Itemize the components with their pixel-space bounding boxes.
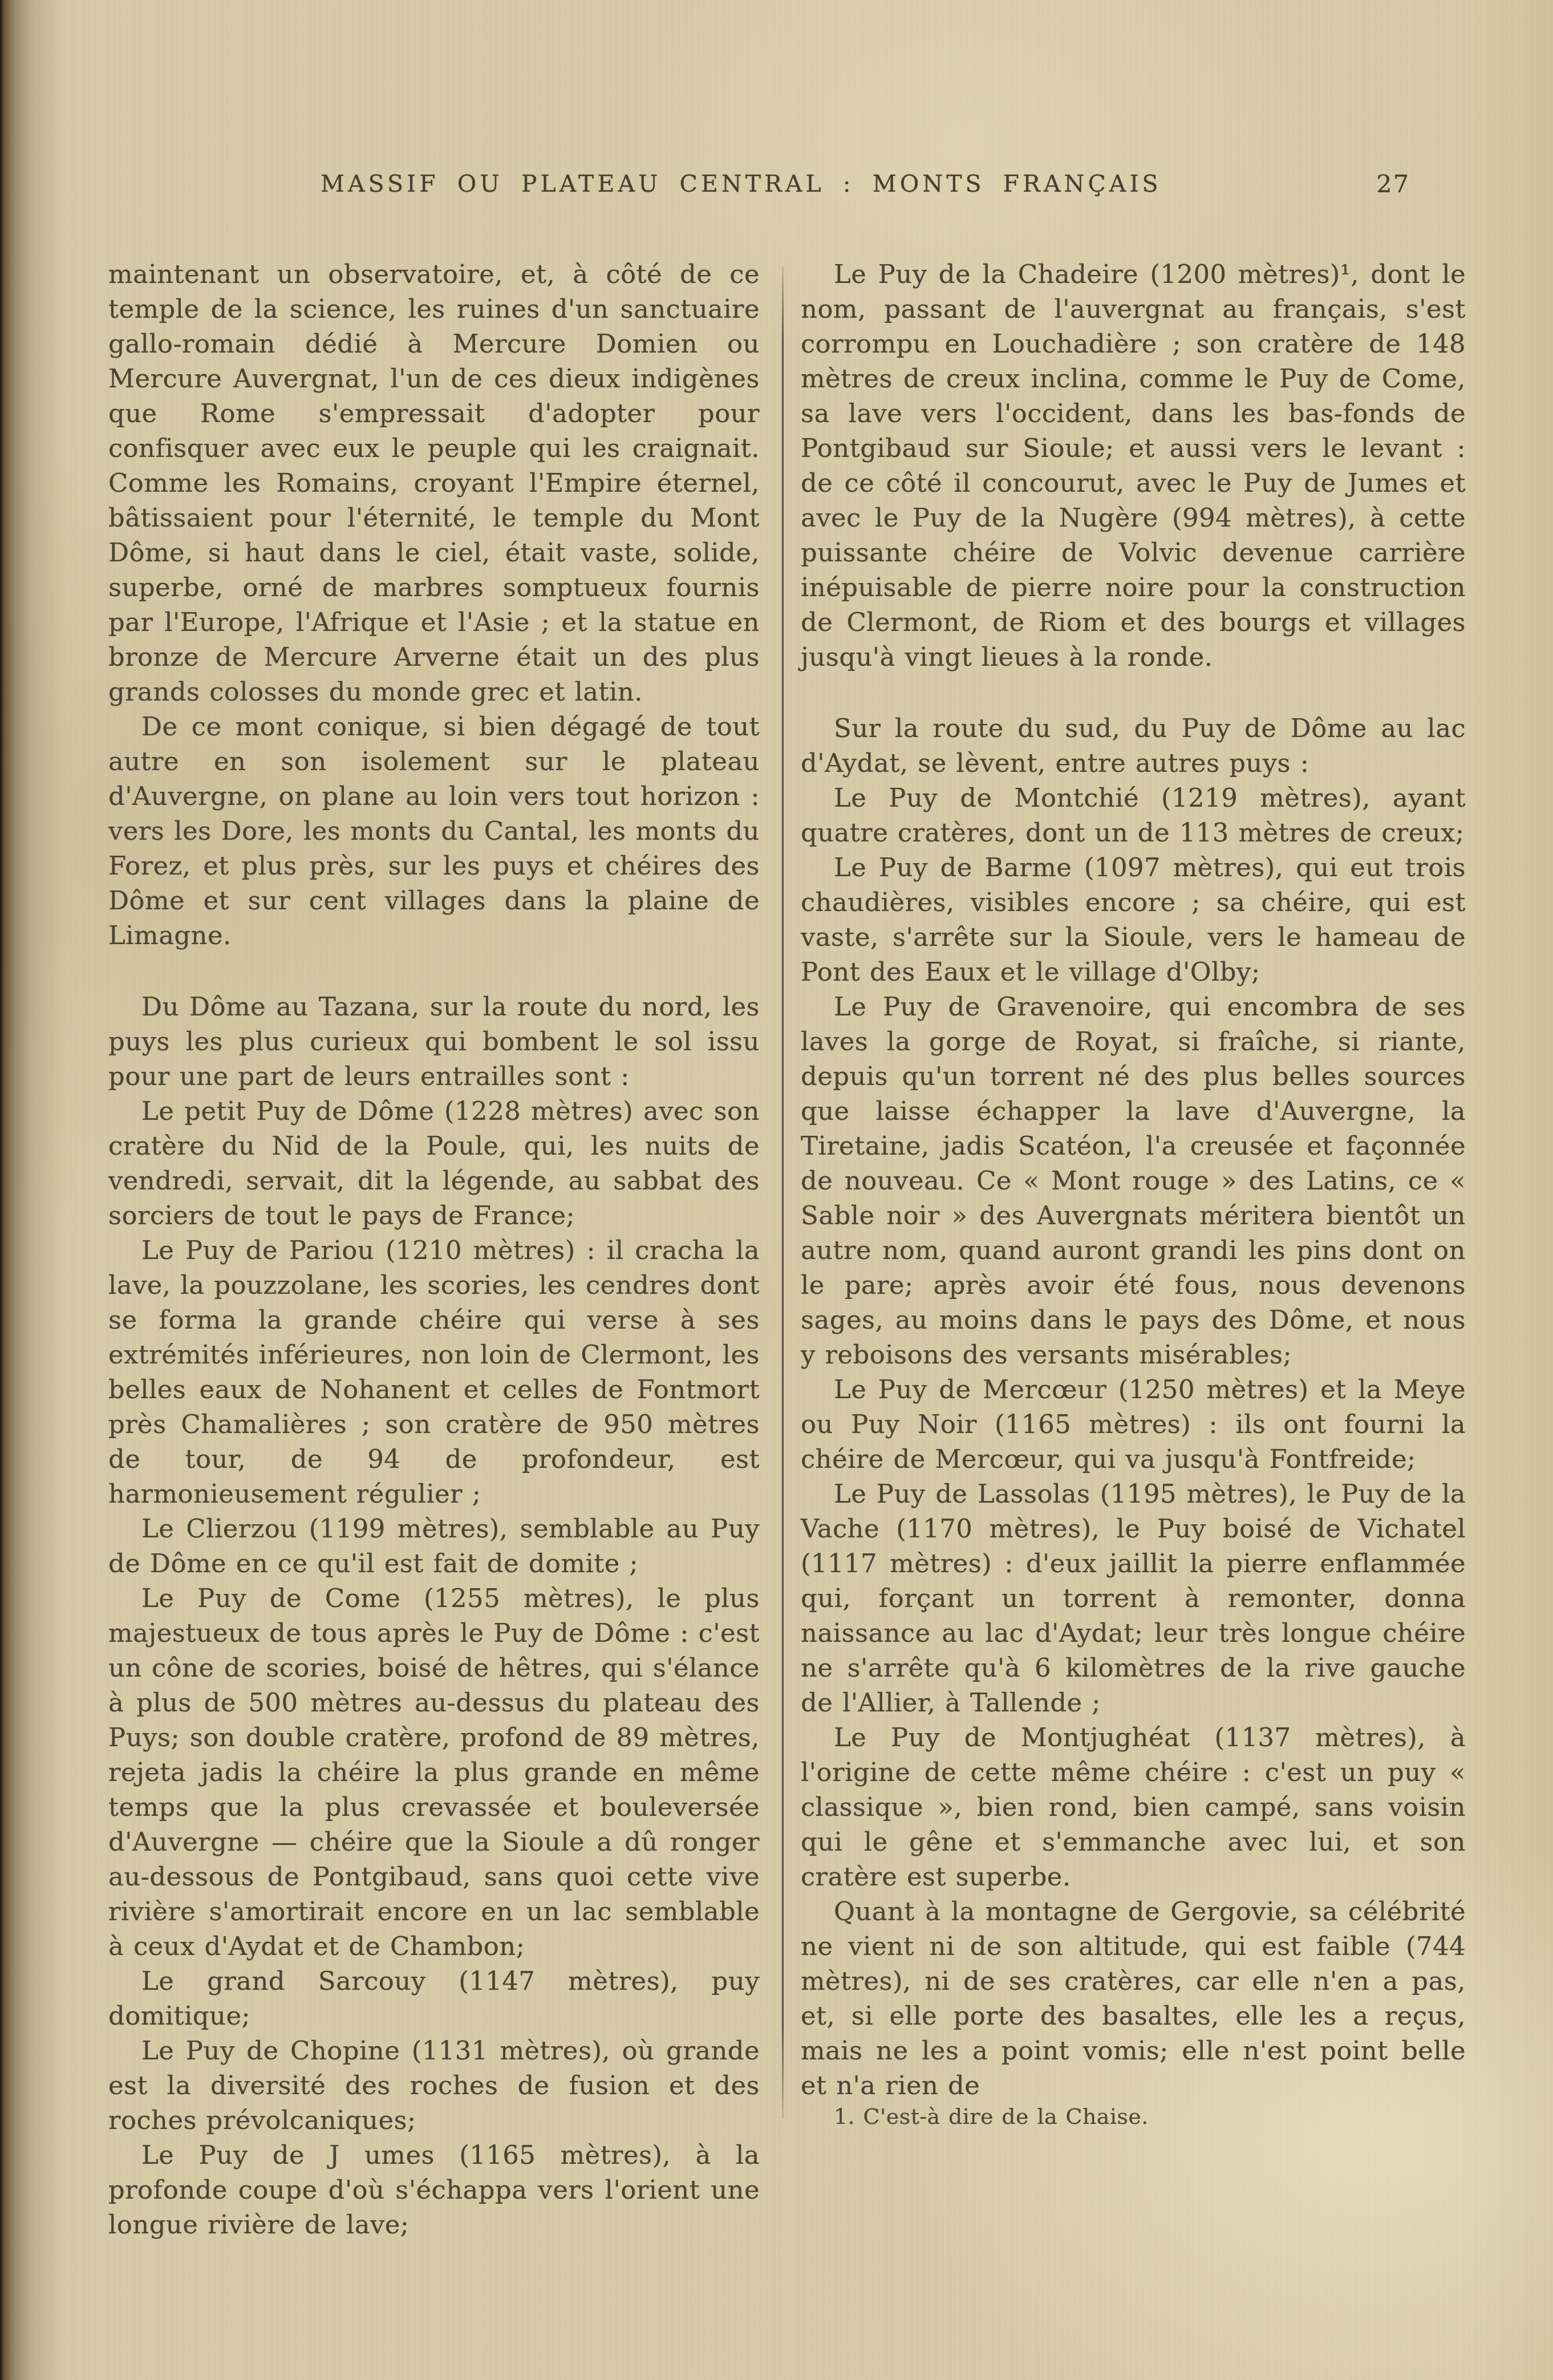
paragraph: Le Puy de Come (1255 mètres), le plus ma… bbox=[108, 1581, 760, 1964]
paragraph: De ce mont conique, si bien dégagé de to… bbox=[108, 709, 760, 953]
paragraph: Le grand Sarcouy (1147 mètres), puy domi… bbox=[108, 1964, 760, 2033]
paragraph: Le Puy de J umes (1165 mètres), à la pro… bbox=[108, 2138, 760, 2242]
paragraph: Le Puy de Pariou (1210 mètres) : il crac… bbox=[108, 1233, 760, 1511]
footnote: 1. C'est-à dire de la Chaise. bbox=[801, 2103, 1466, 2130]
paragraph: Le Puy de Gravenoire, qui encombra de se… bbox=[801, 989, 1466, 1372]
left-column: maintenant un observatoire, et, à côté d… bbox=[108, 257, 760, 2242]
column-divider-rule bbox=[782, 267, 784, 2118]
paragraph: Sur la route du sud, du Puy de Dôme au l… bbox=[801, 711, 1466, 780]
paragraph: Le Puy de Montchié (1219 mètres), ayant … bbox=[801, 780, 1466, 850]
paragraph: Quant à la montagne de Gergovie, sa célé… bbox=[801, 1894, 1466, 2103]
page-title: MASSIF OU PLATEAU CENTRAL : MONTS FRANÇA… bbox=[321, 170, 1162, 197]
paragraph: Le Puy de Lassolas (1195 mètres), le Puy… bbox=[801, 1476, 1466, 1720]
paragraph: Le petit Puy de Dôme (1228 mètres) avec … bbox=[108, 1094, 760, 1233]
paragraph: Le Puy de la Chadeire (1200 mètres)¹, do… bbox=[801, 257, 1466, 674]
paragraph: Le Puy de Chopine (1131 mètres), où gran… bbox=[108, 2033, 760, 2138]
paragraph: Le Puy de Montjughéat (1137 mètres), à l… bbox=[801, 1720, 1466, 1894]
right-column: Le Puy de la Chadeire (1200 mètres)¹, do… bbox=[801, 257, 1466, 2130]
scan-gutter-shadow bbox=[0, 0, 63, 2380]
paragraph: Le Puy de Mercœur (1250 mètres) et la Me… bbox=[801, 1372, 1466, 1476]
page-number: 27 bbox=[1376, 170, 1410, 199]
paragraph: Du Dôme au Tazana, sur la route du nord,… bbox=[108, 989, 760, 1094]
paragraph: maintenant un observatoire, et, à côté d… bbox=[108, 257, 760, 709]
paragraph: Le Puy de Barme (1097 mètres), qui eut t… bbox=[801, 850, 1466, 989]
running-head: MASSIF OU PLATEAU CENTRAL : MONTS FRANÇA… bbox=[108, 170, 1466, 210]
book-page-scan: MASSIF OU PLATEAU CENTRAL : MONTS FRANÇA… bbox=[0, 0, 1553, 2380]
paragraph: Le Clierzou (1199 mètres), semblable au … bbox=[108, 1511, 760, 1581]
